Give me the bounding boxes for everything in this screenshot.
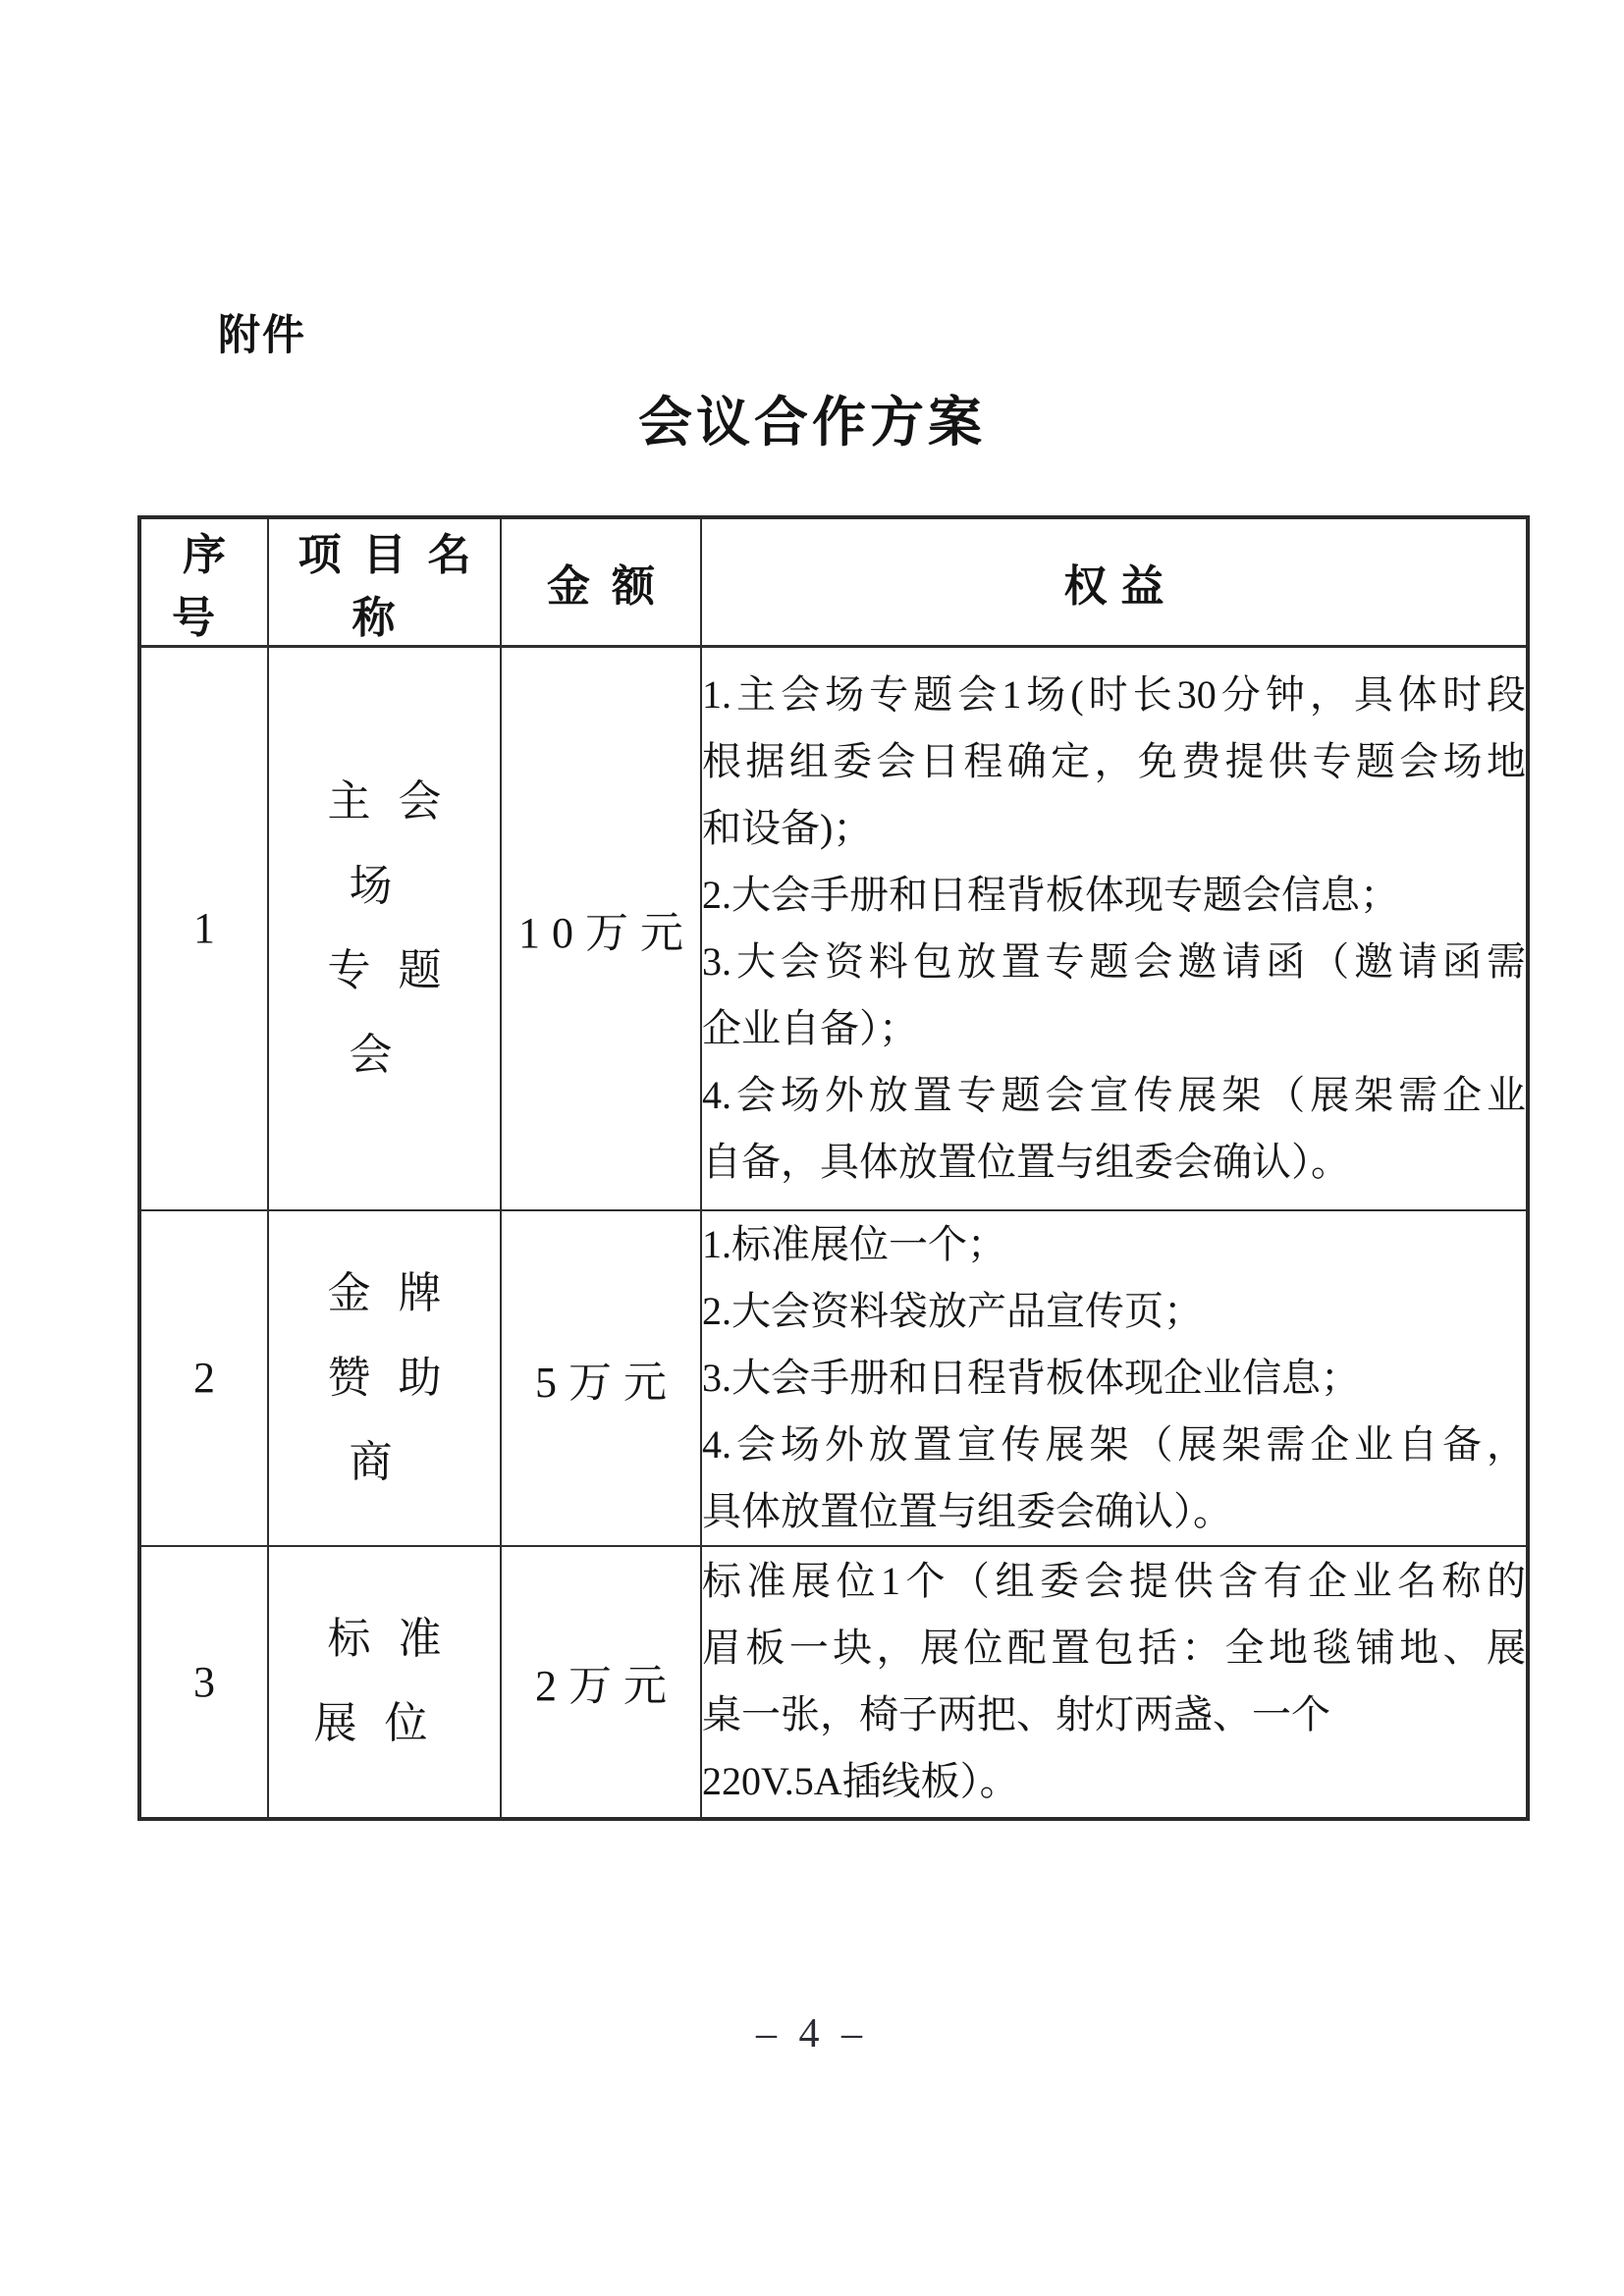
table-header: 序号 项目名称 金额 权益 — [139, 517, 1528, 647]
rights-line: 220V.5A插线板）。 — [702, 1748, 1526, 1815]
row1-name: 主会场 专题会 — [268, 647, 501, 1210]
rights-line: 2.大会手册和日程背板体现专题会信息； — [702, 862, 1526, 929]
page-number: – 4 – — [0, 2010, 1624, 2057]
row1-amount-text: 10万元 — [502, 897, 700, 960]
header-cell-name: 项目名称 — [268, 517, 501, 647]
rights-line: 2.大会资料袋放产品宣传页； — [702, 1278, 1526, 1345]
row2-name-line: 金牌 — [269, 1252, 500, 1336]
row2-name-line: 赞助商 — [269, 1336, 500, 1505]
row1-no: 1 — [139, 647, 268, 1210]
page-title: 会议合作方案 — [0, 379, 1624, 456]
table-header-row: 序号 项目名称 金额 权益 — [139, 517, 1528, 647]
header-cell-no: 序号 — [139, 517, 268, 647]
rights-line: 根据组委会日程确定，免费提供专题会场地 — [702, 728, 1526, 795]
row1-rights: 1.主会场专题会1场(时长30分钟，具体时段 根据组委会日程确定，免费提供专题会… — [701, 647, 1528, 1210]
header-cell-rights: 权益 — [701, 517, 1528, 647]
row2-rights: 1.标准展位一个； 2.大会资料袋放产品宣传页； 3.大会手册和日程背板体现企业… — [701, 1210, 1528, 1546]
row1-name-line: 专题会 — [269, 929, 500, 1097]
row2-amount: 5万元 — [501, 1210, 701, 1546]
rights-line: 桌一张，椅子两把、射灯两盏、一个 — [702, 1682, 1526, 1748]
rights-line: 3.大会资料包放置专题会邀请函（邀请函需 — [702, 929, 1526, 995]
rights-line: 和设备)； — [702, 795, 1526, 862]
rights-line: 1.标准展位一个； — [702, 1211, 1526, 1278]
rights-line: 眉板一块，展位配置包括：全地毯铺地、展 — [702, 1615, 1526, 1682]
rights-line: 企业自备）； — [702, 995, 1526, 1062]
row1-amount: 10万元 — [501, 647, 701, 1210]
cooperation-plan-table: 序号 项目名称 金额 权益 1 主会场 专题会 10万元 1.主会场专题会1场(… — [137, 515, 1530, 1821]
row3-name: 标准展位 — [268, 1546, 501, 1819]
row2-name: 金牌 赞助商 — [268, 1210, 501, 1546]
row3-amount: 2万元 — [501, 1546, 701, 1819]
row2-amount-text: 5万元 — [502, 1347, 700, 1410]
rights-line: 3.大会手册和日程背板体现企业信息； — [702, 1345, 1526, 1412]
row3-name-line: 标准展位 — [269, 1597, 500, 1766]
rights-line: 4.会场外放置专题会宣传展架（展架需企业 — [702, 1062, 1526, 1129]
rights-line: 自备，具体放置位置与组委会确认）。 — [702, 1129, 1526, 1196]
row3-no: 3 — [139, 1546, 268, 1819]
row1-name-line: 主会场 — [269, 760, 500, 929]
attachment-label: 附件 — [218, 302, 306, 362]
row3-rights: 标准展位1个（组委会提供含有企业名称的 眉板一块，展位配置包括：全地毯铺地、展 … — [701, 1546, 1528, 1819]
header-cell-amount: 金额 — [501, 517, 701, 647]
document-page: 附件 会议合作方案 序号 项目名称 金额 权益 1 主会场 专题会 10万元 — [0, 0, 1624, 2296]
rights-line: 标准展位1个（组委会提供含有企业名称的 — [702, 1548, 1526, 1615]
rights-line: 1.主会场专题会1场(时长30分钟，具体时段 — [702, 662, 1526, 728]
rights-line: 具体放置位置与组委会确认）。 — [702, 1478, 1526, 1545]
table-row: 3 标准展位 2万元 标准展位1个（组委会提供含有企业名称的 眉板一块，展位配置… — [139, 1546, 1528, 1819]
table-row: 1 主会场 专题会 10万元 1.主会场专题会1场(时长30分钟，具体时段 根据… — [139, 647, 1528, 1210]
row3-amount-text: 2万元 — [502, 1650, 700, 1713]
table-row: 2 金牌 赞助商 5万元 1.标准展位一个； 2.大会资料袋放产品宣传页； 3.… — [139, 1210, 1528, 1546]
rights-line: 4.会场外放置宣传展架（展架需企业自备， — [702, 1412, 1526, 1478]
row2-no: 2 — [139, 1210, 268, 1546]
